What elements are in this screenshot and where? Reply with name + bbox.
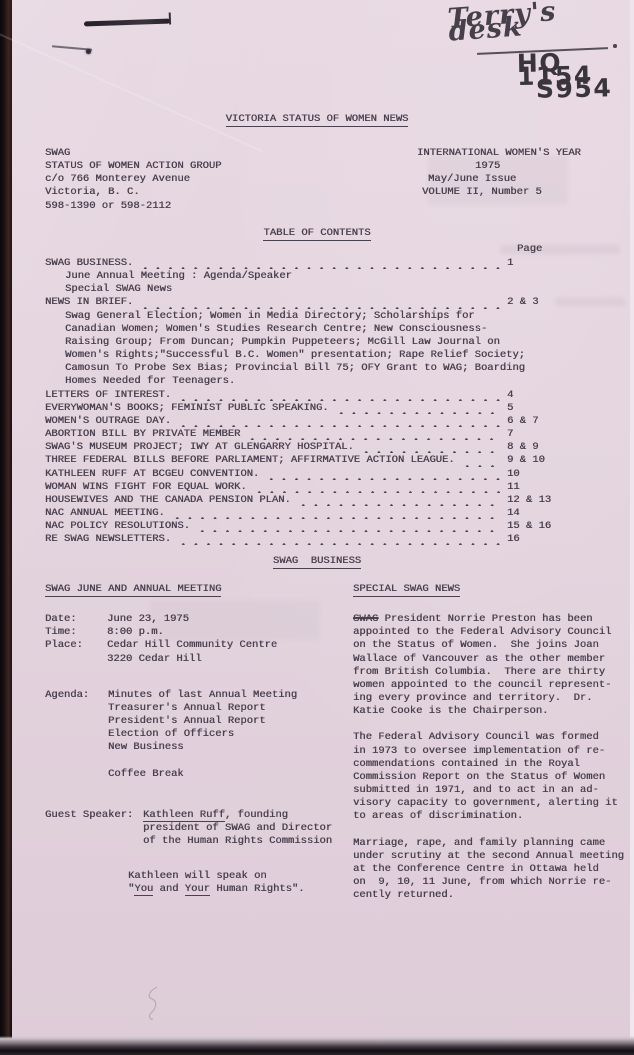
issue-line: May/June Issue: [417, 173, 581, 186]
toc-dot-leader: [173, 391, 500, 401]
speech-topic-line1: Kathleen will speak on: [128, 870, 351, 883]
agenda-row: Agenda: Minutes of last Annual MeetingTr…: [45, 689, 351, 755]
toc-entry-title: NEWS IN BRIEF.: [45, 296, 133, 309]
toc-entry-page: 14: [504, 507, 575, 520]
date-value: June 23, 1975: [107, 613, 351, 626]
para3-line: on 9, 10, 11 June, from which Norrie re-: [353, 876, 631, 889]
toc-entry-title: ABORTION BILL BY PRIVATE MEMBER: [45, 428, 240, 441]
guest-speaker-line1: Kathleen Ruff, founding: [143, 809, 332, 822]
agenda-item: New Business: [108, 741, 297, 754]
toc-entry-title: NAC ANNUAL MEETING.: [45, 507, 165, 520]
toc-entry-title: WOMAN WINS FIGHT FOR EQUAL WORK.: [45, 481, 247, 494]
coffee-break: Coffee Break: [45, 768, 351, 781]
para1-line: ing every province and territory. Dr.: [353, 692, 631, 705]
guest-speaker-value: Kathleen Ruff, founding president of SWA…: [143, 809, 332, 848]
agenda-item: Minutes of last Annual Meeting: [108, 689, 297, 702]
agenda-label: Agenda:: [45, 689, 108, 755]
toc-entry-page: 16: [504, 533, 575, 546]
place-label-spacer: [45, 653, 107, 666]
toc-entry-page: 7: [504, 428, 575, 441]
para1-line1: SWAG President Norrie Preston has been: [353, 613, 631, 626]
toc-subline: Homes Needed for Teenagers.: [45, 375, 575, 388]
scan-left-edge: [0, 0, 12, 1055]
newsletter-title-text: VICTORIA STATUS OF WOMEN NEWS: [226, 113, 409, 127]
toc-subline: Special SWAG News: [45, 283, 575, 296]
para1-line1-rest: President Norrie Preston has been: [378, 613, 592, 625]
toc-entry-title: LETTERS OF INTEREST.: [45, 389, 171, 402]
toc-entry: WOMAN WINS FIGHT FOR EQUAL WORK.11: [45, 481, 575, 494]
toc-dot-leader: [293, 496, 500, 506]
toc-entry: ABORTION BILL BY PRIVATE MEMBER7: [45, 428, 575, 441]
para1-rest-lines: appointed to the Federal Advisory Counci…: [353, 626, 631, 718]
toc-entry-page: 2 & 3: [504, 296, 575, 309]
meeting-column: SWAG JUNE AND ANNUAL MEETING Date: June …: [45, 583, 351, 897]
toc-entry-title: SWAG BUSINESS.: [45, 257, 133, 270]
org-line: 598-1390 or 598-2112: [45, 200, 221, 213]
toc-dot-leader: [135, 299, 500, 309]
toc-entry-page: 1: [504, 257, 575, 270]
handwritten-note: Terry's desk: [447, 0, 634, 39]
para3-line: cently returned.: [353, 889, 631, 902]
toc-entry-page: 4: [504, 389, 575, 402]
toc-entry-page: 8 & 9: [504, 441, 575, 454]
section-heading-text: SWAG BUSINESS: [273, 555, 361, 569]
special-news-paragraph-1: SWAG President Norrie Preston has been a…: [353, 613, 631, 718]
organization-address-block: SWAGSTATUS OF WOMEN ACTION GROUPc/o 766 …: [45, 147, 221, 213]
guest-speaker-label: Guest Speaker:: [45, 809, 143, 848]
toc-entry: EVERYWOMAN'S BOOKS; FEMINIST PUBLIC SPEA…: [45, 402, 575, 415]
guest-speaker-row: Guest Speaker: Kathleen Ruff, founding p…: [45, 809, 351, 848]
toc-entry: SWAG'S MUSEUM PROJECT; IWY AT GLENGARRY …: [45, 441, 575, 454]
toc-entry-title: HOUSEWIVES AND THE CANADA PENSION PLAN.: [45, 494, 291, 507]
para1-line: Wallace of Vancouver as the other member: [353, 653, 631, 666]
para2-line: in 1973 to oversee implementation of re-: [353, 745, 631, 758]
special-news-heading-text: SPECIAL SWAG NEWS: [353, 583, 460, 597]
org-line: SWAG: [45, 147, 221, 160]
toc-entry-page: 15 & 16: [504, 520, 575, 533]
issue-line: VOLUME II, Number 5: [417, 186, 581, 199]
toc-entry-title: KATHLEEN RUFF AT BCGEU CONVENTION.: [45, 468, 259, 481]
speech-rest: Human Rights".: [210, 883, 305, 895]
meeting-date-row: Date: June 23, 1975: [45, 613, 351, 626]
special-news-paragraph-2: The Federal Advisory Council was formedi…: [353, 731, 631, 823]
toc-entry: NEWS IN BRIEF.2 & 3: [45, 296, 575, 309]
meeting-place-row2: 3220 Cedar Hill: [45, 653, 351, 666]
toc-subline: Camosun To Probe Sex Bias; Provincial Bi…: [45, 362, 575, 375]
para1-line: on the Status of Women. She joins Joan: [353, 639, 631, 652]
time-value: 8:00 p.m.: [107, 626, 351, 639]
toc-entry-title: THREE FEDERAL BILLS BEFORE PARLIAMENT; A…: [45, 454, 455, 467]
agenda-item: President's Annual Report: [108, 715, 297, 728]
para3-line: Marriage, rape, and family planning came: [353, 837, 631, 850]
toc-heading: TABLE OF CONTENTS: [0, 227, 634, 240]
meeting-info: Date: June 23, 1975 Time: 8:00 p.m. Plac…: [45, 613, 351, 666]
org-line: STATUS OF WOMEN ACTION GROUP: [45, 160, 221, 173]
toc-dot-leader: [261, 470, 500, 480]
speech-topic: Kathleen will speak on "You and Your Hum…: [45, 870, 351, 896]
agenda-item: Treasurer's Annual Report: [108, 702, 297, 715]
meeting-time-row: Time: 8:00 p.m.: [45, 626, 351, 639]
special-news-heading: SPECIAL SWAG NEWS: [353, 583, 631, 596]
guest-speaker-name: Kathleen Ruff: [143, 809, 225, 822]
newsletter-title: VICTORIA STATUS OF WOMEN NEWS: [0, 113, 634, 126]
struck-out-word: SWAG: [353, 613, 378, 625]
toc-dot-leader: [135, 259, 500, 269]
issue-line: 1975: [417, 160, 581, 173]
pencil-mark: [84, 19, 170, 26]
toc-entry: NAC ANNUAL MEETING.14: [45, 507, 575, 520]
agenda-items: Minutes of last Annual MeetingTreasurer'…: [108, 689, 297, 755]
pencil-squiggle: [143, 985, 165, 1023]
toc-entry: NAC POLICY RESOLUTIONS.15 & 16: [45, 520, 575, 533]
toc-list: SWAG BUSINESS.1June Annual Meeting : Age…: [45, 257, 575, 546]
section-heading: SWAG BUSINESS: [0, 555, 634, 568]
para2-line: Commission Report on the Status of Women: [353, 771, 631, 784]
toc-entry-page: 9 & 10: [504, 454, 575, 467]
para3-line: at the Conference Centre in Ottawa held: [353, 863, 631, 876]
scan-bottom-edge: [0, 1036, 634, 1055]
toc-dot-leader: [167, 509, 500, 519]
speech-word-your: Your: [185, 883, 210, 896]
guest-speaker-line3: of the Human Rights Commission: [143, 835, 332, 848]
toc-subline: Women's Rights;"Successful B.C. Women" p…: [45, 349, 575, 362]
paper-crease: [0, 20, 262, 152]
toc-dot-leader: [331, 404, 500, 414]
issue-info-block: INTERNATIONAL WOMEN'S YEAR1975May/June I…: [417, 147, 581, 200]
toc-subline: Canadian Women; Women's Studies Research…: [45, 323, 575, 336]
toc-entry: WOMEN'S OUTRAGE DAY.6 & 7: [45, 415, 575, 428]
toc-heading-text: TABLE OF CONTENTS: [263, 227, 370, 241]
para2-line: The Federal Advisory Council was formed: [353, 731, 631, 744]
para1-line: women appointed to the council represent…: [353, 679, 631, 692]
speech-mid: and: [153, 883, 185, 895]
toc-subline: June Annual Meeting : Agenda/Speaker: [45, 270, 575, 283]
meeting-heading: SWAG JUNE AND ANNUAL MEETING: [45, 583, 351, 596]
toc-entry-page: 12 & 13: [504, 494, 575, 507]
para2-line: visory capacity to government, alerting …: [353, 797, 631, 810]
para3-line: under scrutiny at the second Annual meet…: [353, 850, 631, 863]
toc-subline: Raising Group; From Duncan; Pumpkin Pupp…: [45, 336, 575, 349]
toc-entry-page: 11: [504, 481, 575, 494]
para1-line: Katie Cooke is the Chairperson.: [353, 705, 631, 718]
toc-entry-title: EVERYWOMAN'S BOOKS; FEMINIST PUBLIC SPEA…: [45, 402, 329, 415]
toc-entry-page: 6 & 7: [504, 415, 575, 428]
handwritten-period: [613, 44, 617, 48]
para2-line: commendations contained in the Royal: [353, 758, 631, 771]
toc-entry-title: SWAG'S MUSEUM PROJECT; IWY AT GLENGARRY …: [45, 441, 354, 454]
speech-word-you: You: [134, 883, 153, 896]
toc-dot-leader: [249, 483, 500, 493]
toc-entry: LETTERS OF INTEREST.4: [45, 389, 575, 402]
toc-entry-page: 10: [504, 468, 575, 481]
org-line: Victoria, B. C.: [45, 186, 221, 199]
agenda-item: Election of Officers: [108, 728, 297, 741]
toc-dot-leader: [173, 417, 500, 427]
toc-dot-leader: [173, 535, 500, 545]
speech-topic-line2: "You and Your Human Rights".: [128, 883, 351, 896]
toc-entry: RE SWAG NEWSLETTERS.16: [45, 533, 575, 546]
time-label: Time:: [45, 626, 107, 639]
para2-line: submitted in 1971, and to act in an ad-: [353, 784, 631, 797]
toc-entry-page: 5: [504, 402, 575, 415]
place-value-line1: Cedar Hill Community Centre: [107, 639, 351, 652]
para2-line: to areas of discrimination.: [353, 810, 631, 823]
toc-page-column-label: Page: [517, 243, 542, 256]
toc-subline: Swag General Election; Women in Media Di…: [45, 310, 575, 323]
toc-dot-leader: [192, 522, 500, 532]
call-number-line2: S954: [536, 81, 612, 95]
issue-line: INTERNATIONAL WOMEN'S YEAR: [417, 147, 581, 160]
toc-entry: KATHLEEN RUFF AT BCGEU CONVENTION.10: [45, 468, 575, 481]
special-news-column: SPECIAL SWAG NEWS SWAG President Norrie …: [353, 583, 631, 902]
meeting-heading-text: SWAG JUNE AND ANNUAL MEETING: [45, 583, 221, 597]
place-value-line2: 3220 Cedar Hill: [107, 653, 351, 666]
meeting-place-row: Place: Cedar Hill Community Centre: [45, 639, 351, 652]
toc-dot-leader: [356, 443, 500, 453]
toc-entry: SWAG BUSINESS.1: [45, 257, 575, 270]
toc-entry-title: NAC POLICY RESOLUTIONS.: [45, 520, 190, 533]
toc-entry-title: WOMEN'S OUTRAGE DAY.: [45, 415, 171, 428]
toc-entry-title: RE SWAG NEWSLETTERS.: [45, 533, 171, 546]
guest-speaker-line2: president of SWAG and Director: [143, 822, 332, 835]
newsletter-page: Terry's desk HQ 1154 S954 VICTORIA STATU…: [0, 0, 634, 1055]
org-line: c/o 766 Monterey Avenue: [45, 173, 221, 186]
para1-line: appointed to the Federal Advisory Counci…: [353, 626, 631, 639]
toc-entry: THREE FEDERAL BILLS BEFORE PARLIAMENT; A…: [45, 454, 575, 467]
para1-line: from British Columbia. There are thirty: [353, 666, 631, 679]
toc-dot-leader: [242, 430, 500, 440]
place-label: Place:: [45, 639, 107, 652]
toc-dot-leader: [457, 457, 500, 467]
ink-dot: [86, 49, 91, 54]
date-label: Date:: [45, 613, 107, 626]
special-news-paragraph-3: Marriage, rape, and family planning came…: [353, 837, 631, 903]
toc-entry: HOUSEWIVES AND THE CANADA PENSION PLAN.1…: [45, 494, 575, 507]
guest-speaker-line1-rest: , founding: [225, 809, 288, 821]
